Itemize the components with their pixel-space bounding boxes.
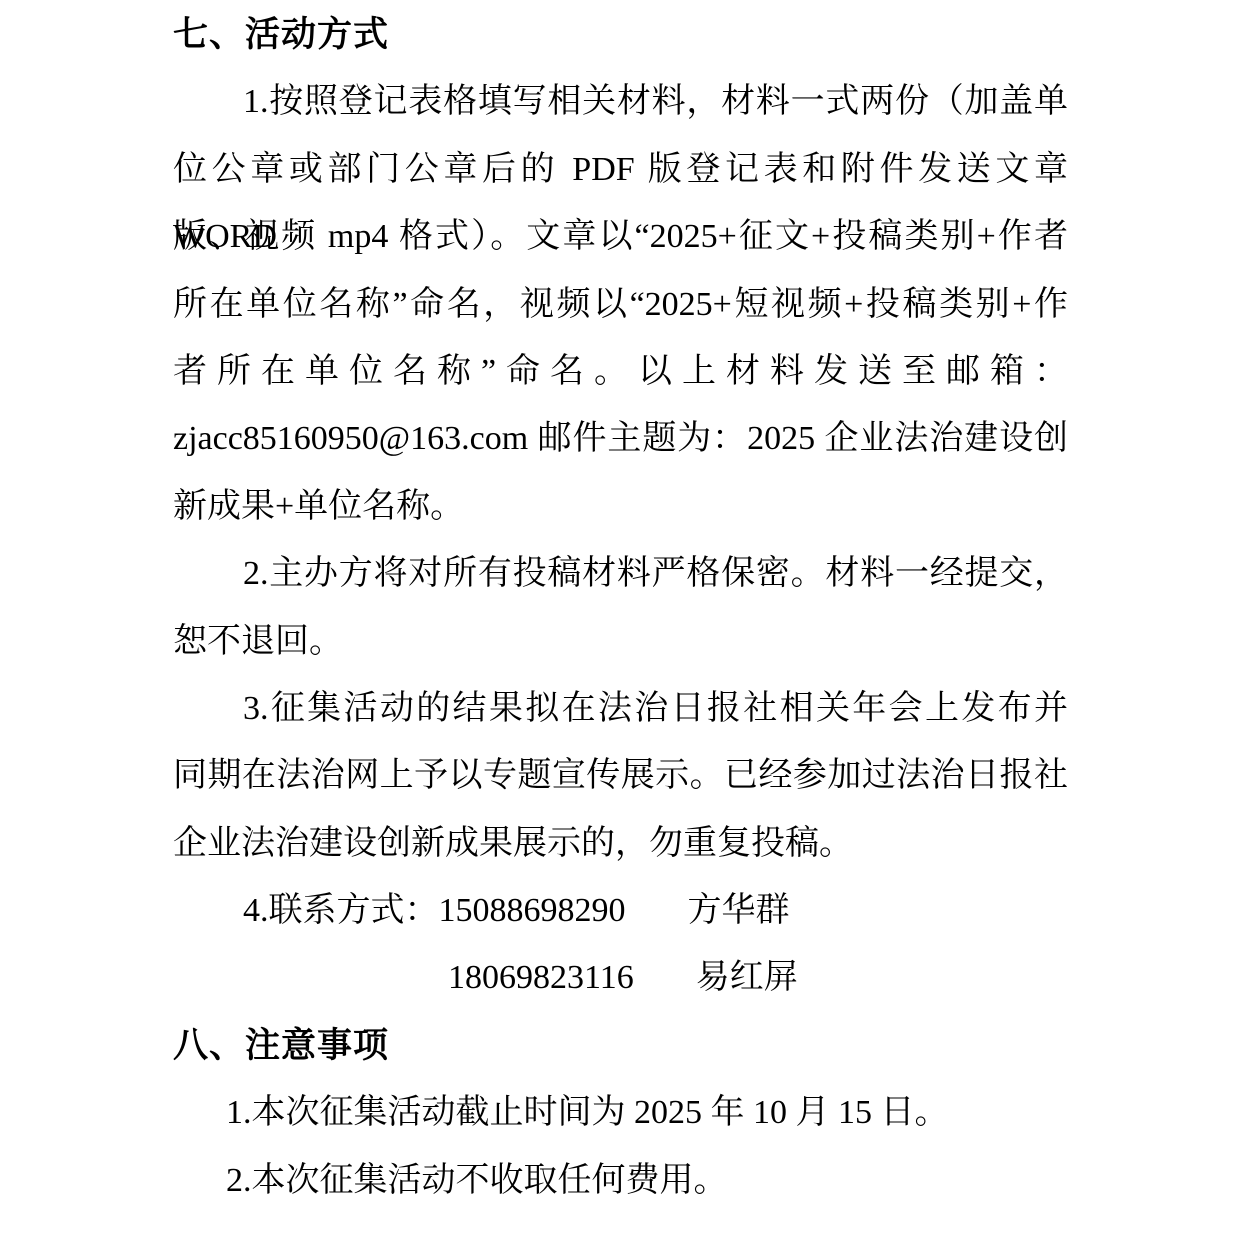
text-line: 同期在法治网上予以专题宣传展示。已经参加过法治日报社 [173,742,1068,809]
contact-label: 4.联系方式： [243,892,439,929]
contact-row: 18069823116易红屏 [173,944,1068,1011]
text-line: 1.按照登记表格填写相关材料，材料一式两份（加盖单 [173,68,1068,135]
contact-phone: 15088698290 [439,892,626,929]
contact-row: 4.联系方式：15088698290方华群 [173,877,1068,944]
paragraph-note-2: 2.本次征集活动不收取任何费用。 [173,1147,1068,1214]
text-line: 所在单位名称”命名，视频以“2025+短视频+投稿类别+作 [173,271,1068,338]
text-line: 2.本次征集活动不收取任何费用。 [173,1147,1068,1214]
paragraph-contact: 4.联系方式：15088698290方华群 18069823116易红屏 [173,877,1068,1012]
text-line: 者所在单位名称”命名。以上材料发送至邮箱： [173,338,1068,405]
text-line: 位公章或部门公章后的 PDF 版登记表和附件发送文章 WORD [173,136,1068,203]
text-line: 2.主办方将对所有投稿材料严格保密。材料一经提交， [173,540,1068,607]
document-page: 七、活动方式 1.按照登记表格填写相关材料，材料一式两份（加盖单 位公章或部门公… [0,0,1241,1242]
paragraph-item-3: 3.征集活动的结果拟在法治日报社相关年会上发布并 同期在法治网上予以专题宣传展示… [173,675,1068,877]
text-line-email: zjacc85160950@163.com 邮件主题为：2025 企业法治建设创 [173,405,1068,472]
paragraph-note-1: 1.本次征集活动截止时间为 2025 年 10 月 15 日。 [173,1079,1068,1146]
section-heading-notes: 八、注意事项 [173,1012,1068,1079]
text-line: 3.征集活动的结果拟在法治日报社相关年会上发布并 [173,675,1068,742]
text-line: 恕不退回。 [173,608,1068,675]
text-line: 企业法治建设创新成果展示的，勿重复投稿。 [173,810,1068,877]
contact-phone: 18069823116 [448,959,634,996]
contact-name: 易红屏 [696,959,798,996]
paragraph-item-2: 2.主办方将对所有投稿材料严格保密。材料一经提交， 恕不退回。 [173,540,1068,675]
contact-name: 方华群 [688,892,790,929]
section-heading-activity-method: 七、活动方式 [173,1,1068,68]
text-line: 1.本次征集活动截止时间为 2025 年 10 月 15 日。 [173,1079,1068,1146]
paragraph-item-1: 1.按照登记表格填写相关材料，材料一式两份（加盖单 位公章或部门公章后的 PDF… [173,68,1068,540]
text-line: 版、视频 mp4 格式）。文章以“2025+征文+投稿类别+作者 [173,203,1068,270]
text-line: 新成果+单位名称。 [173,473,1068,540]
